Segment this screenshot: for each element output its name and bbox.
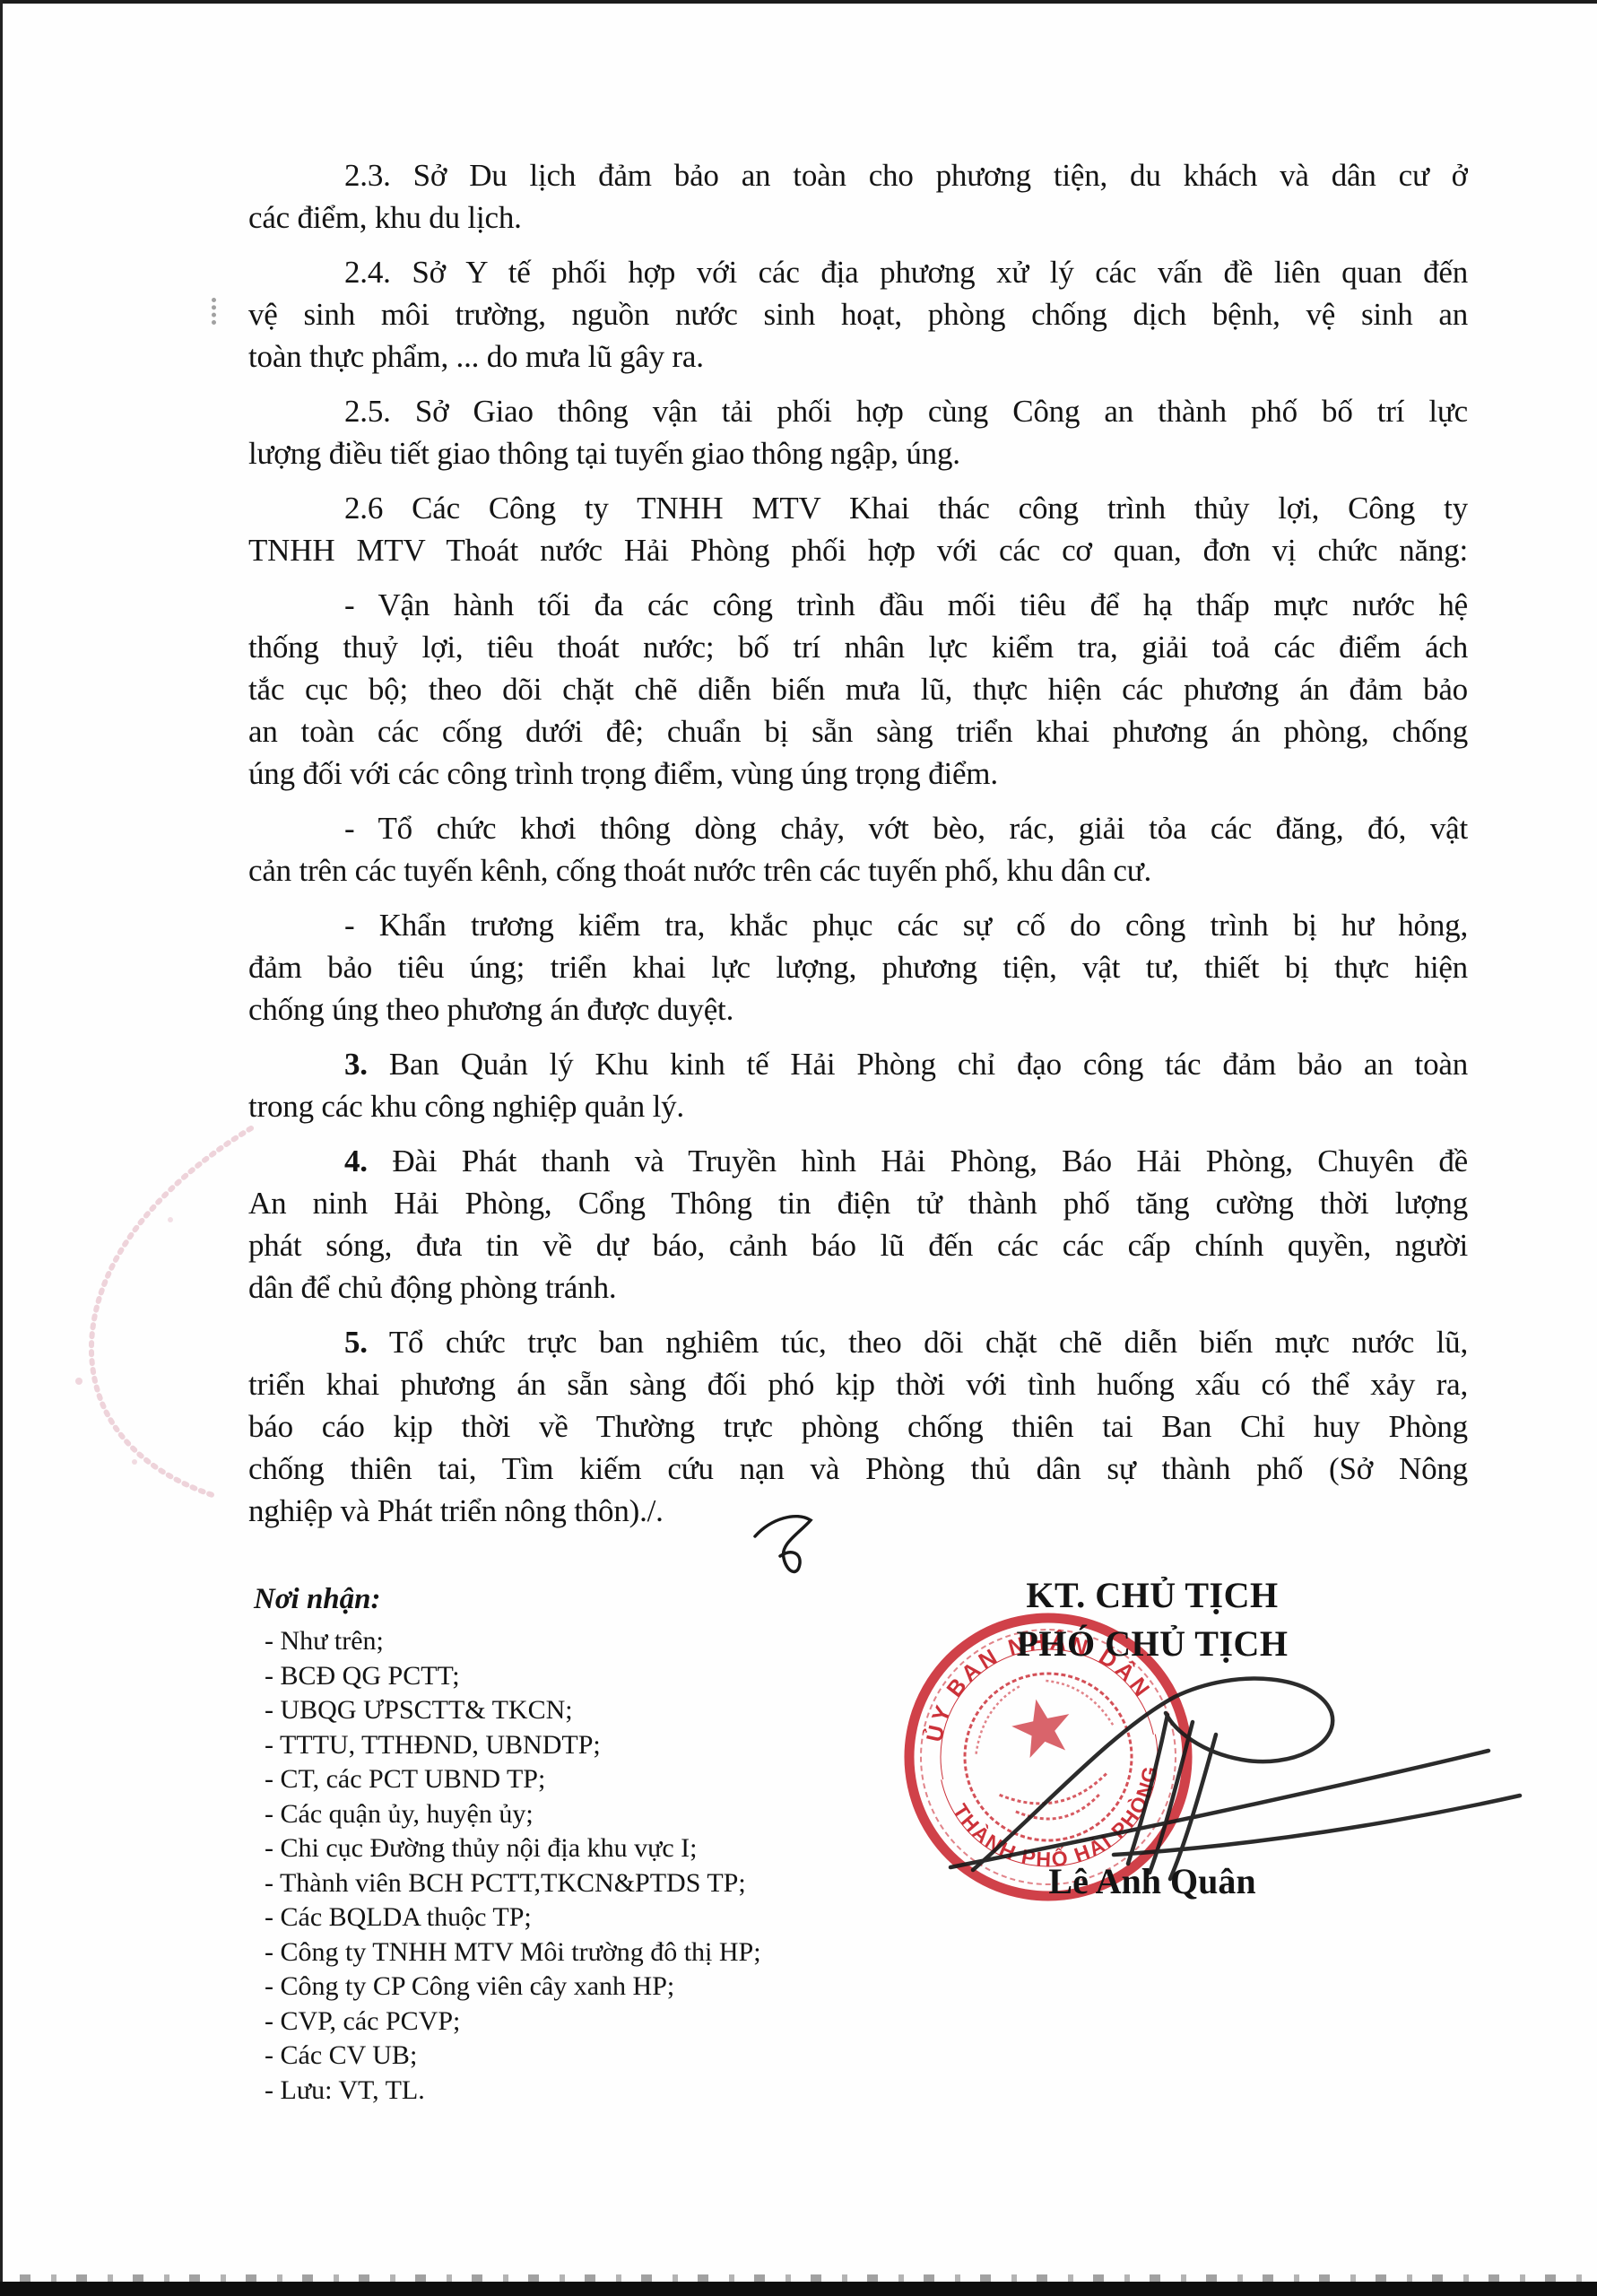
recipients-header: Nơi nhận: (254, 1581, 761, 1618)
text-line: úng đối với các công trình trọng điểm, v… (248, 752, 1468, 795)
scan-edge-bottom-speckle (0, 2274, 1597, 2282)
text-line: 2.5. Sở Giao thông vận tải phối hợp cùng… (248, 390, 1468, 432)
text-line: nghiệp và Phát triển nông thôn)./. (248, 1490, 1468, 1532)
text-line: - Khẩn trương kiểm tra, khắc phục các sự… (248, 904, 1468, 946)
paragraph-2: 2.4. Sở Y tế phối hợp với các địa phương… (248, 251, 1468, 378)
text-line: An ninh Hải Phòng, Cổng Thông tin điện t… (248, 1182, 1468, 1224)
recipient-item: - Thành viên BCH PCTT,TKCN&PTDS TP; (265, 1866, 761, 1901)
recipients-block: Nơi nhận: - Như trên;- BCĐ QG PCTT;- UBQ… (254, 1581, 761, 2108)
recipient-item: - Như trên; (265, 1624, 761, 1659)
text-line: các điểm, khu du lịch. (248, 196, 1468, 239)
recipient-item: - CT, các PCT UBND TP; (265, 1762, 761, 1797)
text-line: chống thiên tai, Tìm kiếm cứu nạn và Phò… (248, 1448, 1468, 1490)
recipient-item: - Công ty TNHH MTV Môi trường đô thị HP; (265, 1935, 761, 1970)
signer-name: Lê Anh Quân (928, 1860, 1376, 1902)
paragraph-3: 2.5. Sở Giao thông vận tải phối hợp cùng… (248, 390, 1468, 474)
recipient-item: - BCĐ QG PCTT; (265, 1659, 761, 1694)
text-line: phát sóng, đưa tin về dự báo, cảnh báo l… (248, 1224, 1468, 1266)
text-line: vệ sinh môi trường, nguồn nước sinh hoạt… (248, 293, 1468, 335)
recipient-item: - Các quận ủy, huyện ủy; (265, 1797, 761, 1832)
text-line: 2.4. Sở Y tế phối hợp với các địa phương… (248, 251, 1468, 293)
recipient-item: - Công ty CP Công viên cây xanh HP; (265, 1970, 761, 2005)
recipients-list: - Như trên;- BCĐ QG PCTT;- UBQG ƯPSCTT& … (254, 1624, 761, 2108)
signature-title-line1: KT. CHỦ TỊCH (928, 1571, 1376, 1620)
recipient-item: - TTTU, TTHĐND, UBNDTP; (265, 1728, 761, 1763)
paragraph-6: - Tổ chức khơi thông dòng chảy, vớt bèo,… (248, 807, 1468, 891)
paragraph-5: - Vận hành tối đa các công trình đầu mối… (248, 584, 1468, 795)
scan-speck-artifact (212, 298, 216, 325)
recipient-item: - Chi cục Đường thủy nội địa khu vực I; (265, 1831, 761, 1866)
recipient-item: - UBQG ƯPSCTT& TKCN; (265, 1693, 761, 1728)
text-line: 2.3. Sở Du lịch đảm bảo an toàn cho phươ… (248, 154, 1468, 196)
text-line: dân để chủ động phòng tránh. (248, 1266, 1468, 1309)
paragraph-4: 2.6 Các Công ty TNHH MTV Khai thác công … (248, 487, 1468, 571)
scan-edge-left (0, 0, 3, 2296)
paragraph-9: 4. Đài Phát thanh và Truyền hình Hải Phò… (248, 1140, 1468, 1309)
recipient-item: - Lưu: VT, TL. (265, 2074, 761, 2109)
text-line: 3. Ban Quản lý Khu kinh tế Hải Phòng chỉ… (248, 1043, 1468, 1085)
scan-edge-top (0, 0, 1597, 4)
scanned-document-page: 2.3. Sở Du lịch đảm bảo an toàn cho phươ… (0, 0, 1597, 2296)
text-line: thống thuỷ lợi, tiêu thoát nước; bố trí … (248, 626, 1468, 668)
text-line: an toàn các cống dưới đê; chuẩn bị sẵn s… (248, 710, 1468, 752)
text-line: cản trên các tuyến kênh, cống thoát nước… (248, 849, 1468, 891)
text-line: 5. Tổ chức trực ban nghiêm túc, theo dõi… (248, 1321, 1468, 1363)
text-line: đảm bảo tiêu úng; triển khai lực lượng, … (248, 946, 1468, 988)
text-line: trong các khu công nghiệp quản lý. (248, 1085, 1468, 1127)
paragraph-7: - Khẩn trương kiểm tra, khắc phục các sự… (248, 904, 1468, 1031)
document-body: 2.3. Sở Du lịch đảm bảo an toàn cho phươ… (248, 154, 1468, 1544)
paragraph-1: 2.3. Sở Du lịch đảm bảo an toàn cho phươ… (248, 154, 1468, 239)
text-line: chống úng theo phương án được duyệt. (248, 988, 1468, 1031)
text-line: TNHH MTV Thoát nước Hải Phòng phối hợp v… (248, 529, 1468, 571)
text-line: - Tổ chức khơi thông dòng chảy, vớt bèo,… (248, 807, 1468, 849)
recipient-item: - CVP, các PCVP; (265, 2005, 761, 2039)
recipient-item: - Các BQLDA thuộc TP; (265, 1900, 761, 1935)
text-line: báo cáo kịp thời về Thường trực phòng ch… (248, 1405, 1468, 1448)
signature-titles: KT. CHỦ TỊCH PHÓ CHỦ TỊCH (928, 1571, 1376, 1668)
text-line: - Vận hành tối đa các công trình đầu mối… (248, 584, 1468, 626)
recipient-item: - Các CV UB; (265, 2039, 761, 2074)
scan-edge-bottom (0, 2282, 1597, 2296)
text-line: triển khai phương án sẵn sàng đối phó kị… (248, 1363, 1468, 1405)
text-line: 4. Đài Phát thanh và Truyền hình Hải Phò… (248, 1140, 1468, 1182)
paragraph-10: 5. Tổ chức trực ban nghiêm túc, theo dõi… (248, 1321, 1468, 1532)
text-line: lượng điều tiết giao thông tại tuyến gia… (248, 432, 1468, 474)
text-line: tắc cục bộ; theo dõi chặt chẽ diễn biến … (248, 668, 1468, 710)
paragraph-8: 3. Ban Quản lý Khu kinh tế Hải Phòng chỉ… (248, 1043, 1468, 1127)
text-line: toàn thực phẩm, ... do mưa lũ gây ra. (248, 335, 1468, 378)
text-line: 2.6 Các Công ty TNHH MTV Khai thác công … (248, 487, 1468, 529)
